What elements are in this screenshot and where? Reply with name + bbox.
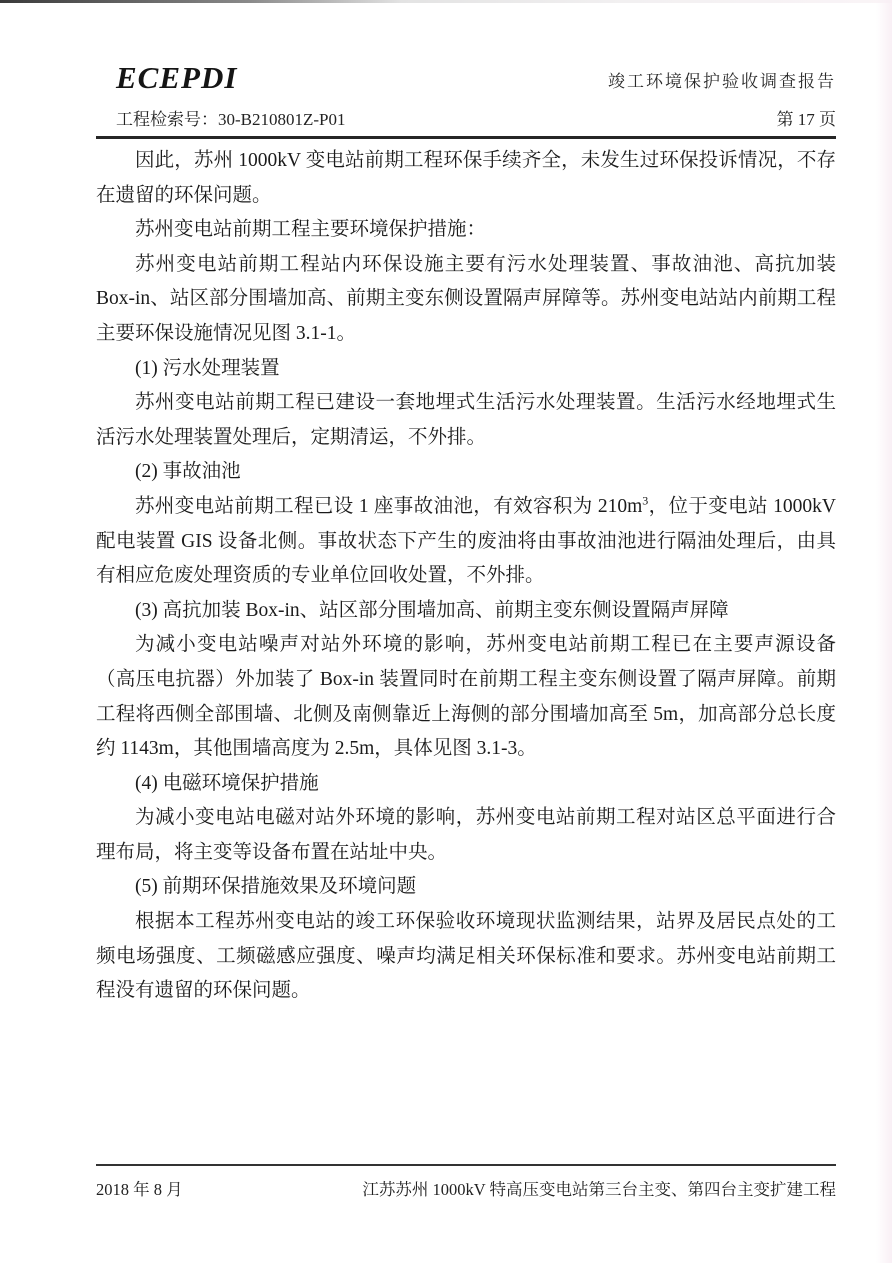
paragraph-sewage-detail: 苏州变电站前期工程已建设一套地埋式生活污水处理装置。生活污水经地埋式生活污水处理… [96,386,836,455]
footer-date: 2018 年 8 月 [96,1176,183,1200]
header-row-top: ECEPDI 竣工环境保护验收调查报告 [96,62,836,93]
header-row-meta: 工程检索号：30-B210801Z-P01 第 17 页 [96,105,836,130]
list-heading-2-oil-pool: (2) 事故油池 [96,455,836,490]
doc-index-number: 工程检索号：30-B210801Z-P01 [116,105,346,130]
footer-project-name: 江苏苏州 1000kV 特高压变电站第三台主变、第四台主变扩建工程 [362,1176,836,1200]
list-heading-5-effect: (5) 前期环保措施效果及环境问题 [96,870,836,905]
paragraph-measures-intro: 苏州变电站前期工程主要环境保护措施： [96,213,836,248]
document-page: ECEPDI 竣工环境保护验收调查报告 工程检索号：30-B210801Z-P0… [0,0,892,1009]
paragraph-facilities-overview: 苏州变电站前期工程站内环保设施主要有污水处理装置、事故油池、高抗加装 Box-i… [96,248,836,352]
header-rule [96,136,836,139]
oil-pool-text-pre: 苏州变电站前期工程已设 1 座事故油池，有效容积为 210m [135,496,642,517]
document-body: 因此，苏州 1000kV 变电站前期工程环保手续齐全，未发生过环保投诉情况，不存… [96,144,836,1009]
page-number: 第 17 页 [777,105,837,130]
list-heading-1-sewage: (1) 污水处理装置 [96,352,836,387]
paragraph-effect-detail: 根据本工程苏州变电站的竣工环保验收环境现状监测结果，站界及居民点处的工频电场强度… [96,905,836,1009]
report-title: 竣工环境保护验收调查报告 [608,73,836,93]
paragraph-conclusion: 因此，苏州 1000kV 变电站前期工程环保手续齐全，未发生过环保投诉情况，不存… [96,144,836,213]
paragraph-noise-detail: 为减小变电站噪声对站外环境的影响，苏州变电站前期工程已在主要声源设备（高压电抗器… [96,628,836,766]
page-header: ECEPDI 竣工环境保护验收调查报告 工程检索号：30-B210801Z-P0… [96,0,836,139]
page-footer: 2018 年 8 月 江苏苏州 1000kV 特高压变电站第三台主变、第四台主变… [96,1164,836,1200]
paragraph-emf-detail: 为减小变电站电磁对站外环境的影响，苏州变电站前期工程对站区总平面进行合理布局，将… [96,801,836,870]
paragraph-oil-pool-detail: 苏州变电站前期工程已设 1 座事故油池，有效容积为 210m3，位于变电站 10… [96,490,836,594]
list-heading-4-emf: (4) 电磁环境保护措施 [96,767,836,802]
company-logo: ECEPDI [116,62,237,93]
list-heading-3-noise: (3) 高抗加装 Box-in、站区部分围墙加高、前期主变东侧设置隔声屏障 [96,594,836,629]
